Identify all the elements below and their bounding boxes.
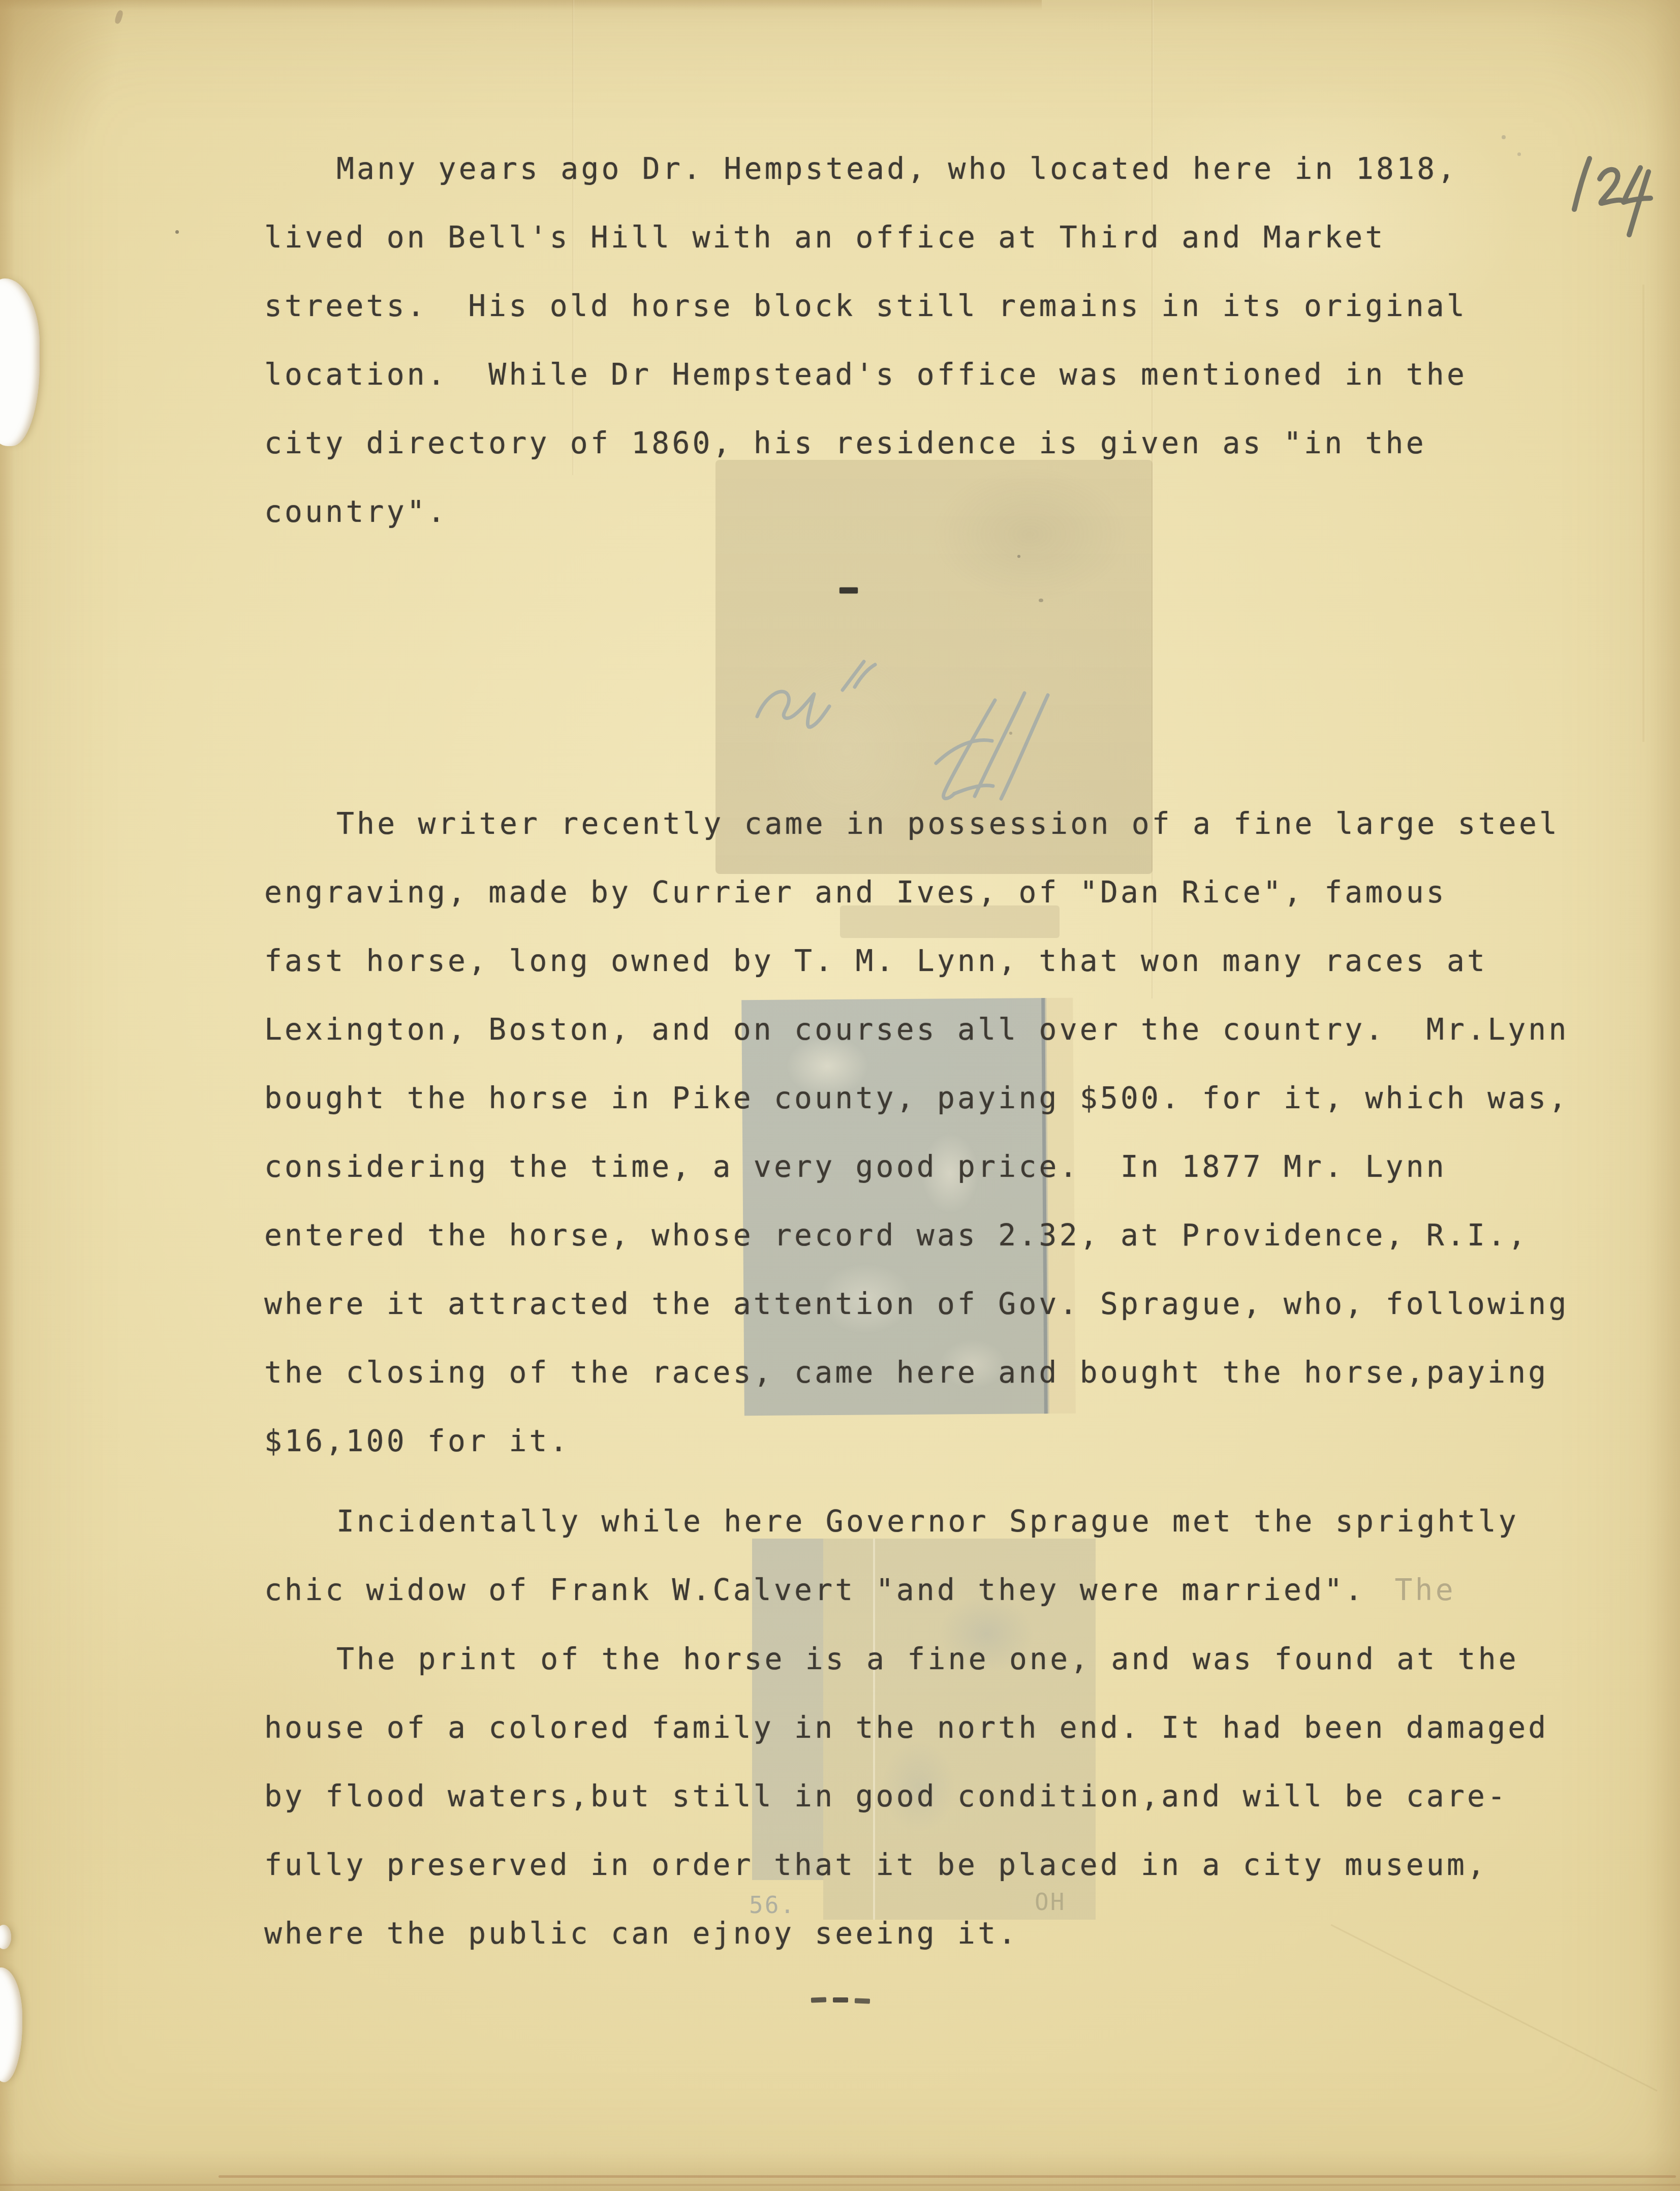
faded-strikeover-word: The xyxy=(1394,1573,1455,1607)
paper-edge-right xyxy=(1644,0,1680,2191)
text-line: house of a colored family in the north e… xyxy=(264,1694,1549,1762)
ink-speck xyxy=(1039,599,1043,602)
paragraph-1: Many years ago Dr. Hempstead, who locate… xyxy=(264,135,1467,546)
bottom-edge-shadow xyxy=(0,2184,1680,2186)
text-line: where the public can ejnoy seeing it. xyxy=(264,1899,1549,1968)
text-line: fast horse, long owned by T. M. Lynn, th… xyxy=(264,927,1569,995)
typewritten-manuscript-page: 56. OH 124 Many years ago Dr. Hempstead,… xyxy=(0,0,1680,2191)
text-line: streets. His old horse block still remai… xyxy=(264,272,1467,340)
pencil-speck xyxy=(1502,135,1506,139)
paragraph-3: Incidentally while here Governor Sprague… xyxy=(264,1487,1519,1624)
ink-speck xyxy=(1017,555,1020,558)
torn-edge-notch xyxy=(0,278,40,446)
aged-corner-top-left xyxy=(0,0,173,285)
text-line: engraving, made by Currier and Ives, of … xyxy=(264,858,1569,927)
text-line: bought the horse in Pike county, paying … xyxy=(264,1064,1569,1133)
paragraph-2: The writer recently came in possession o… xyxy=(264,790,1569,1476)
text-line: by flood waters,but still in good condit… xyxy=(264,1762,1549,1831)
ink-speck xyxy=(175,230,179,234)
text-line: fully preserved in order that it be plac… xyxy=(264,1831,1549,1899)
text-line: Many years ago Dr. Hempstead, who locate… xyxy=(264,135,1467,203)
vertical-crease xyxy=(1642,285,1644,742)
pencil-speck xyxy=(1517,152,1521,156)
ink-speck xyxy=(1009,732,1012,735)
text-line: chic widow of Frank W.Calvert "and they … xyxy=(264,1556,1519,1624)
text-line: Lexington, Boston, and on courses all ov… xyxy=(264,995,1569,1064)
faint-handwriting-scribble xyxy=(737,640,1093,813)
text-line: entered the horse, whose record was 2.32… xyxy=(264,1201,1569,1270)
paragraph-4: The print of the horse is a fine one, an… xyxy=(264,1625,1549,1968)
text-line: country". xyxy=(264,478,1467,546)
text-line: The writer recently came in possession o… xyxy=(264,790,1569,858)
text-line-content: chic widow of Frank W.Calvert "and they … xyxy=(264,1573,1365,1607)
torn-edge-notch xyxy=(0,1967,22,2082)
text-line: city directory of 1860, his residence is… xyxy=(264,409,1467,478)
text-line: where it attracted the attention of Gov.… xyxy=(264,1270,1569,1338)
text-line: The print of the horse is a fine one, an… xyxy=(264,1625,1549,1694)
text-line: the closing of the races, came here and … xyxy=(264,1338,1569,1407)
bottom-edge-line xyxy=(219,2175,1676,2178)
paper-edge-top xyxy=(0,0,1042,10)
end-of-text-dashes xyxy=(811,1997,870,2002)
text-line: considering the time, a very good price.… xyxy=(264,1133,1569,1201)
section-dash-separator xyxy=(839,587,858,593)
text-line: location. While Dr Hempstead's office wa… xyxy=(264,340,1467,409)
text-line: $16,100 for it. xyxy=(264,1407,1569,1476)
text-line: Incidentally while here Governor Sprague… xyxy=(264,1487,1519,1556)
text-line: lived on Bell's Hill with an office at T… xyxy=(264,203,1467,272)
